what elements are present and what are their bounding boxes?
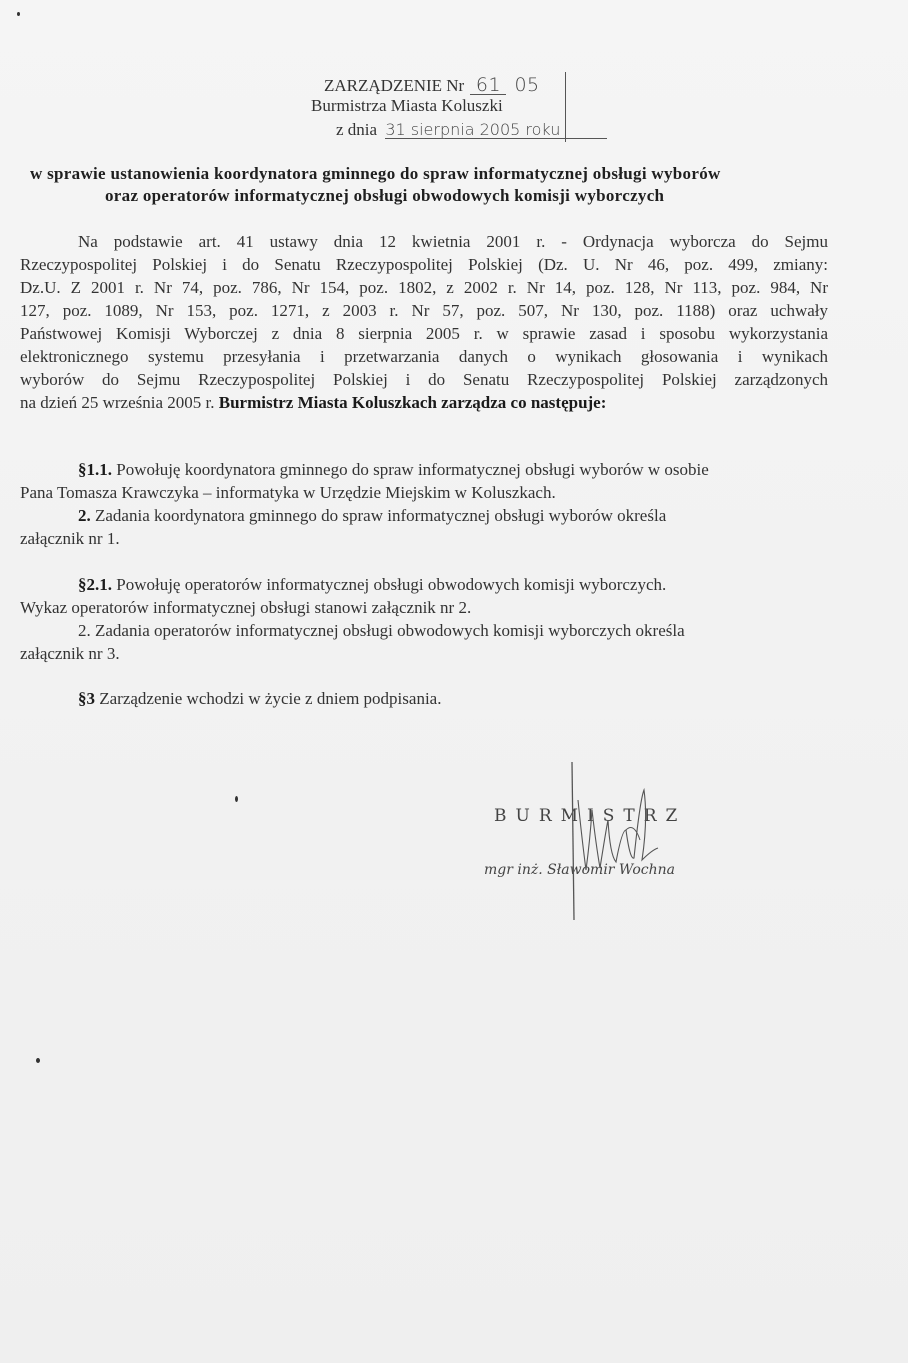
preamble-last-plain: na dzień 25 września 2005 r.: [20, 393, 219, 412]
ordinance-year-handwritten: 05: [514, 74, 539, 96]
preamble-line: 127, poz. 1089, Nr 153, poz. 1271, z 200…: [20, 301, 828, 321]
date-handwritten: 31 sierpnia 2005 roku: [385, 121, 607, 139]
handwritten-signature-icon: [560, 760, 680, 925]
preamble-last-line: na dzień 25 września 2005 r. Burmistrz M…: [20, 393, 606, 413]
date-prefix: z dnia: [336, 120, 377, 139]
preamble-line: Państwowej Komisji Wyborczej z dnia 8 si…: [20, 324, 828, 344]
section-3-text: Zarządzenie wchodzi w życie z dniem podp…: [95, 689, 441, 708]
preamble-line: wyborów do Sejmu Rzeczypospolitej Polski…: [20, 370, 828, 390]
section-1-label: §1.1.: [78, 460, 112, 479]
scan-speck: [17, 12, 20, 16]
section-1-point-2-label: 2.: [78, 506, 91, 525]
section-2-text: Powołuję operatorów informatycznej obsłu…: [112, 575, 666, 594]
section-1-point-2-text: Zadania koordynatora gminnego do spraw i…: [91, 506, 667, 525]
preamble-line: Rzeczypospolitej Polskiej i do Senatu Rz…: [20, 255, 828, 275]
ordinance-title-prefix: ZARZĄDZENIE Nr: [324, 76, 464, 95]
scan-speck: [235, 796, 238, 802]
ordinance-number-handwritten: 61: [470, 77, 506, 95]
document-page: ZARZĄDZENIE Nr 6105 Burmistrza Miasta Ko…: [0, 0, 908, 1363]
section-1-para-2-line-1: 2. Zadania koordynatora gminnego do spra…: [78, 506, 666, 526]
preamble-line: Dz.U. Z 2001 r. Nr 74, poz. 786, Nr 154,…: [20, 278, 828, 298]
section-2-para-2-line-1: 2. Zadania operatorów informatycznej obs…: [78, 621, 685, 641]
section-2-para-1-line-1: §2.1. Powołuję operatorów informatycznej…: [78, 575, 666, 595]
preamble-line: elektronicznego systemu przesyłania i pr…: [20, 347, 828, 367]
section-2-para-2-line-2: załącznik nr 3.: [20, 644, 120, 664]
issuer-line: Burmistrza Miasta Koluszki: [311, 96, 503, 116]
date-line: z dnia 31 sierpnia 2005 roku: [336, 120, 607, 140]
scan-speck: [36, 1058, 40, 1063]
section-1-text: Powołuję koordynatora gminnego do spraw …: [112, 460, 709, 479]
section-1-para-2-line-2: załącznik nr 1.: [20, 529, 120, 549]
subject-line-1: w sprawie ustanowienia koordynatora gmin…: [30, 164, 721, 184]
section-3: §3 Zarządzenie wchodzi w życie z dniem p…: [78, 689, 441, 709]
section-1-para-1-line-1: §1.1. Powołuję koordynatora gminnego do …: [78, 460, 709, 480]
section-3-label: §3: [78, 689, 95, 708]
preamble-last-bold: Burmistrz Miasta Koluszkach zarządza co …: [219, 393, 607, 412]
section-2-label: §2.1.: [78, 575, 112, 594]
subject-line-2: oraz operatorów informatycznej obsługi o…: [105, 186, 664, 206]
section-2-para-1-line-2: Wykaz operatorów informatycznej obsługi …: [20, 598, 471, 618]
preamble-line: Na podstawie art. 41 ustawy dnia 12 kwie…: [78, 232, 828, 252]
ordinance-heading: ZARZĄDZENIE Nr 6105: [324, 74, 540, 96]
section-1-para-1-line-2: Pana Tomasza Krawczyka – informatyka w U…: [20, 483, 556, 503]
